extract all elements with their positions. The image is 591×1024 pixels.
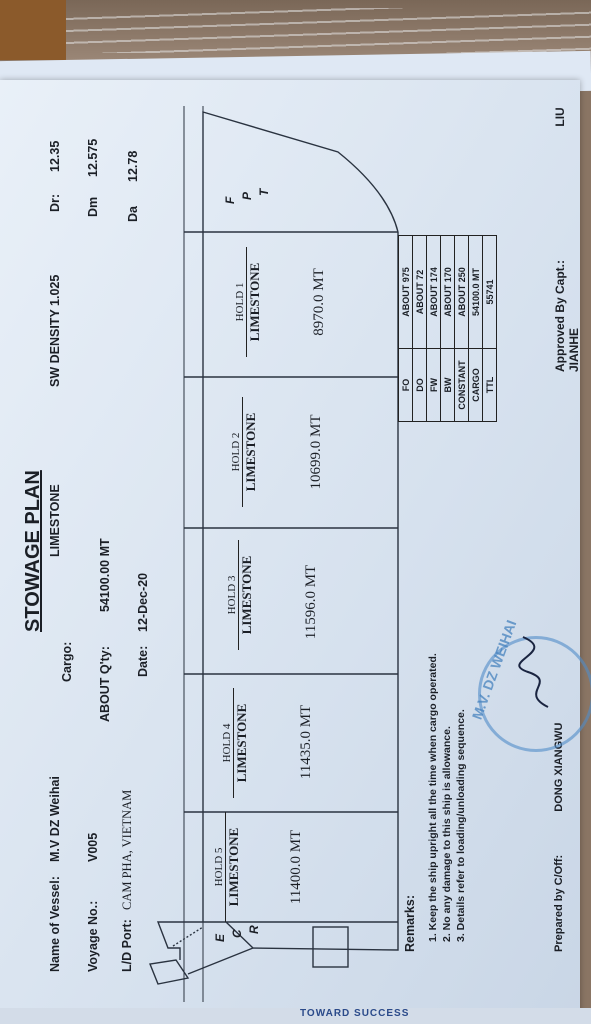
fwd-letter-f: F: [223, 197, 237, 204]
table-row: TTL55741: [483, 236, 497, 422]
hold-1-header: HOLD 1 LIMESTONE: [234, 247, 263, 357]
hold-2-qty: 10699.0 MT: [308, 382, 325, 522]
remarks-list: 1. Keep the ship upright all the time wh…: [426, 653, 468, 942]
fwd-letter-p: P: [240, 192, 254, 200]
remark-item: 3. Details refer to loading/unloading se…: [454, 653, 468, 942]
table-row: FOABOUT 975: [399, 236, 413, 422]
prepared-label: Prepared by C/Off:: [553, 855, 565, 952]
table-row: BWABOUT 170: [441, 236, 455, 422]
stowage-plan-document: STOWAGE PLAN Name of Vessel: M.V DZ Weih…: [8, 72, 578, 1012]
hold-4-qty: 11435.0 MT: [298, 672, 315, 812]
table-row: DOABOUT 72: [413, 236, 427, 422]
hold-4-header: HOLD 4 LIMESTONE: [221, 688, 250, 798]
prepared-by: Prepared by C/Off: DONG XIANGWU: [553, 723, 565, 952]
consumables-table: FOABOUT 975 DOABOUT 72 FWABOUT 174 BWABO…: [398, 235, 497, 422]
plastic-sleeve: [66, 8, 591, 53]
aft-letter-c: C: [230, 929, 244, 938]
table-row: CONSTANTABOUT 250: [455, 236, 469, 422]
hold-3-qty: 11596.0 MT: [303, 532, 320, 672]
table-row: FWABOUT 174: [427, 236, 441, 422]
desk-background: [0, 0, 591, 60]
hold-2-header: HOLD 2 LIMESTONE: [230, 397, 259, 507]
table-row: CARGO54100.0 MT: [469, 236, 483, 422]
hold-5-header: HOLD 5 LIMESTONE: [213, 812, 242, 922]
aft-letter-r: R: [247, 925, 261, 934]
hold-3-header: HOLD 3 LIMESTONE: [226, 540, 255, 650]
approved-label: Approved By Capt.:: [553, 260, 567, 372]
remark-item: 2. No any damage to this ship is allowan…: [440, 653, 454, 942]
wood-surface: [0, 0, 66, 60]
hold-5-qty: 11400.0 MT: [288, 797, 305, 937]
hold-1-qty: 8970.0 MT: [311, 232, 328, 372]
signature-scribble: [508, 632, 568, 712]
remark-item: 1. Keep the ship upright all the time wh…: [426, 653, 440, 942]
aft-letter-e: E: [213, 934, 227, 942]
remarks-heading: Remarks:: [403, 895, 417, 952]
fwd-letter-t: T: [257, 189, 271, 196]
approved-by: Approved By Capt.: LIU JIANHE: [553, 72, 581, 372]
